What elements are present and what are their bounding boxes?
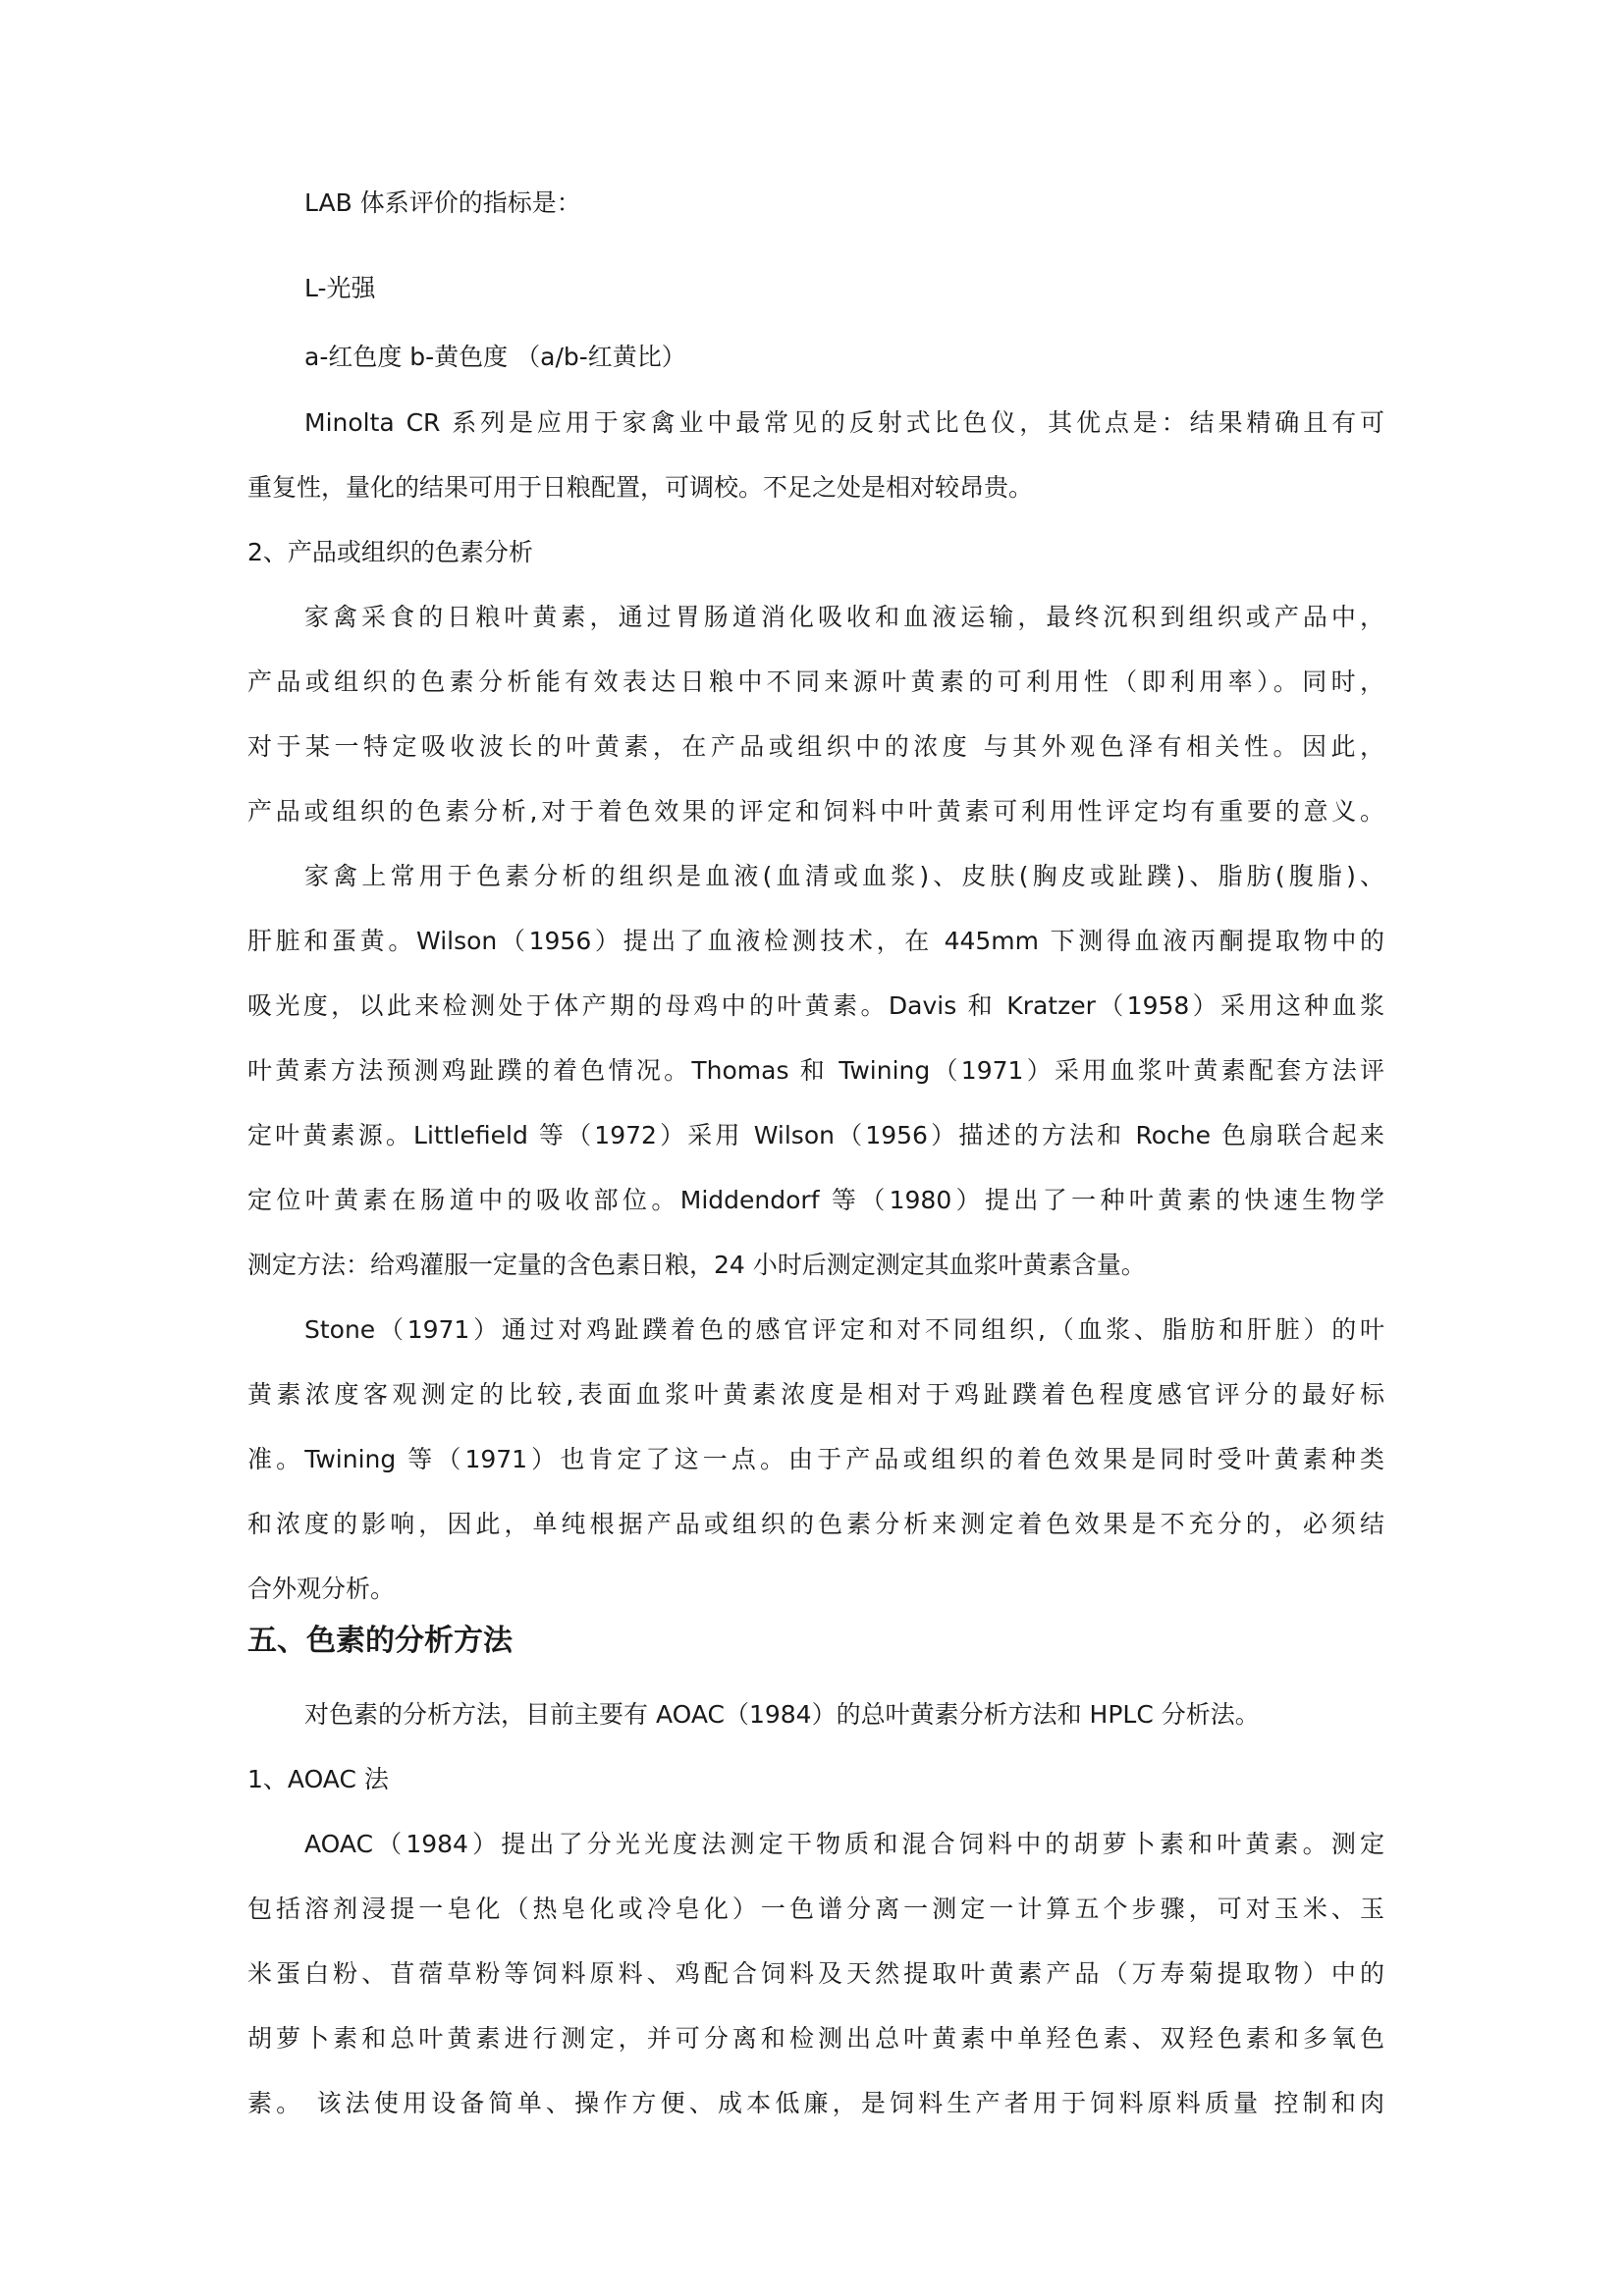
para-xanthophyll-line-2: 产品或组织的色素分析能有效表达日粮中不同来源叶黄素的可利用性（即利用率）。同时， — [247, 666, 1384, 699]
para-aoac-line-1: AOAC（1984）提出了分光光度法测定干物质和混合饲料中的胡萝卜素和叶黄素。测… — [304, 1828, 1384, 1861]
document-page: LAB 体系评价的指标是： L-光强 a-红色度 b-黄色度 （a/b-红黄比）… — [0, 0, 1624, 2296]
lab-l-definition: L-光强 — [304, 272, 1384, 305]
minolta-paragraph-line-1: Minolta CR 系列是应用于家禽业中最常见的反射式比色仪，其优点是：结果精… — [304, 406, 1384, 440]
para-tissues-line-3: 吸光度，以此来检测处于体产期的母鸡中的叶黄素。Davis 和 Kratzer（1… — [247, 989, 1384, 1023]
para-tissues-line-5: 定叶黄素源。Littlefield 等（1972）采用 Wilson（1956）… — [247, 1119, 1384, 1152]
para-xanthophyll-line-4: 产品或组织的色素分析,对于着色效果的评定和饲料中叶黄素可利用性评定均有重要的意义… — [247, 795, 1384, 828]
lab-ab-definition: a-红色度 b-黄色度 （a/b-红黄比） — [304, 341, 1384, 374]
para-xanthophyll-line-1: 家禽采食的日粮叶黄素，通过胃肠道消化吸收和血液运输，最终沉积到组织或产品中， — [304, 601, 1384, 634]
para-tissues-line-1: 家禽上常用于色素分析的组织是血液(血清或血浆)、皮肤(胸皮或趾蹼)、脂肪(腹脂)… — [304, 860, 1384, 893]
para-aoac-line-5: 素。 该法使用设备简单、操作方便、成本低廉，是饲料生产者用于饲料原料质量 控制和… — [247, 2087, 1384, 2120]
subheading-pigment-analysis: 2、产品或组织的色素分析 — [247, 536, 1384, 569]
minolta-paragraph-line-2: 重复性，量化的结果可用于日粮配置，可调校。不足之处是相对较昂贵。 — [247, 471, 1384, 505]
para-aoac-line-3: 米蛋白粉、苜蓿草粉等饲料原料、鸡配合饲料及天然提取叶黄素产品（万寿菊提取物）中的 — [247, 1957, 1384, 1991]
para-stone-line-2: 黄素浓度客观测定的比较,表面血浆叶黄素浓度是相对于鸡趾蹼着色程度感官评分的最好标 — [247, 1378, 1384, 1412]
lab-indicator-intro: LAB 体系评价的指标是： — [304, 187, 1384, 220]
para-stone-line-4: 和浓度的影响，因此，单纯根据产品或组织的色素分析来测定着色效果是不充分的，必须结 — [247, 1508, 1384, 1541]
subheading-aoac: 1、AOAC 法 — [247, 1763, 1384, 1796]
para-stone-line-1: Stone（1971）通过对鸡趾蹼着色的感官评定和对不同组织,（血浆、脂肪和肝脏… — [304, 1313, 1384, 1347]
section-heading-analysis-methods: 五、色素的分析方法 — [247, 1622, 1384, 1661]
para-aoac-line-4: 胡萝卜素和总叶黄素进行测定，并可分离和检测出总叶黄素中单羟色素、双羟色素和多氧色 — [247, 2022, 1384, 2056]
para-tissues-line-2: 肝脏和蛋黄。Wilson（1956）提出了血液检测技术，在 445mm 下测得血… — [247, 925, 1384, 958]
para-aoac-line-2: 包括溶剂浸提一皂化（热皂化或冷皂化）一色谱分离一测定一计算五个步骤，可对玉米、玉 — [247, 1893, 1384, 1926]
para-stone-line-3: 准。Twining 等（1971）也肯定了这一点。由于产品或组织的着色效果是同时… — [247, 1443, 1384, 1476]
para-stone-line-5: 合外观分析。 — [247, 1573, 1384, 1606]
para-xanthophyll-line-3: 对于某一特定吸收波长的叶黄素，在产品或组织中的浓度 与其外观色泽有相关性。因此， — [247, 730, 1384, 764]
para-tissues-line-7: 测定方法：给鸡灌服一定量的含色素日粮，24 小时后测定测定其血浆叶黄素含量。 — [247, 1249, 1384, 1282]
para-tissues-line-4: 叶黄素方法预测鸡趾蹼的着色情况。Thomas 和 Twining（1971）采用… — [247, 1054, 1384, 1088]
para-tissues-line-6: 定位叶黄素在肠道中的吸收部位。Middendorf 等（1980）提出了一种叶黄… — [247, 1184, 1384, 1217]
para-methods-intro: 对色素的分析方法，目前主要有 AOAC（1984）的总叶黄素分析方法和 HPLC… — [304, 1698, 1384, 1732]
